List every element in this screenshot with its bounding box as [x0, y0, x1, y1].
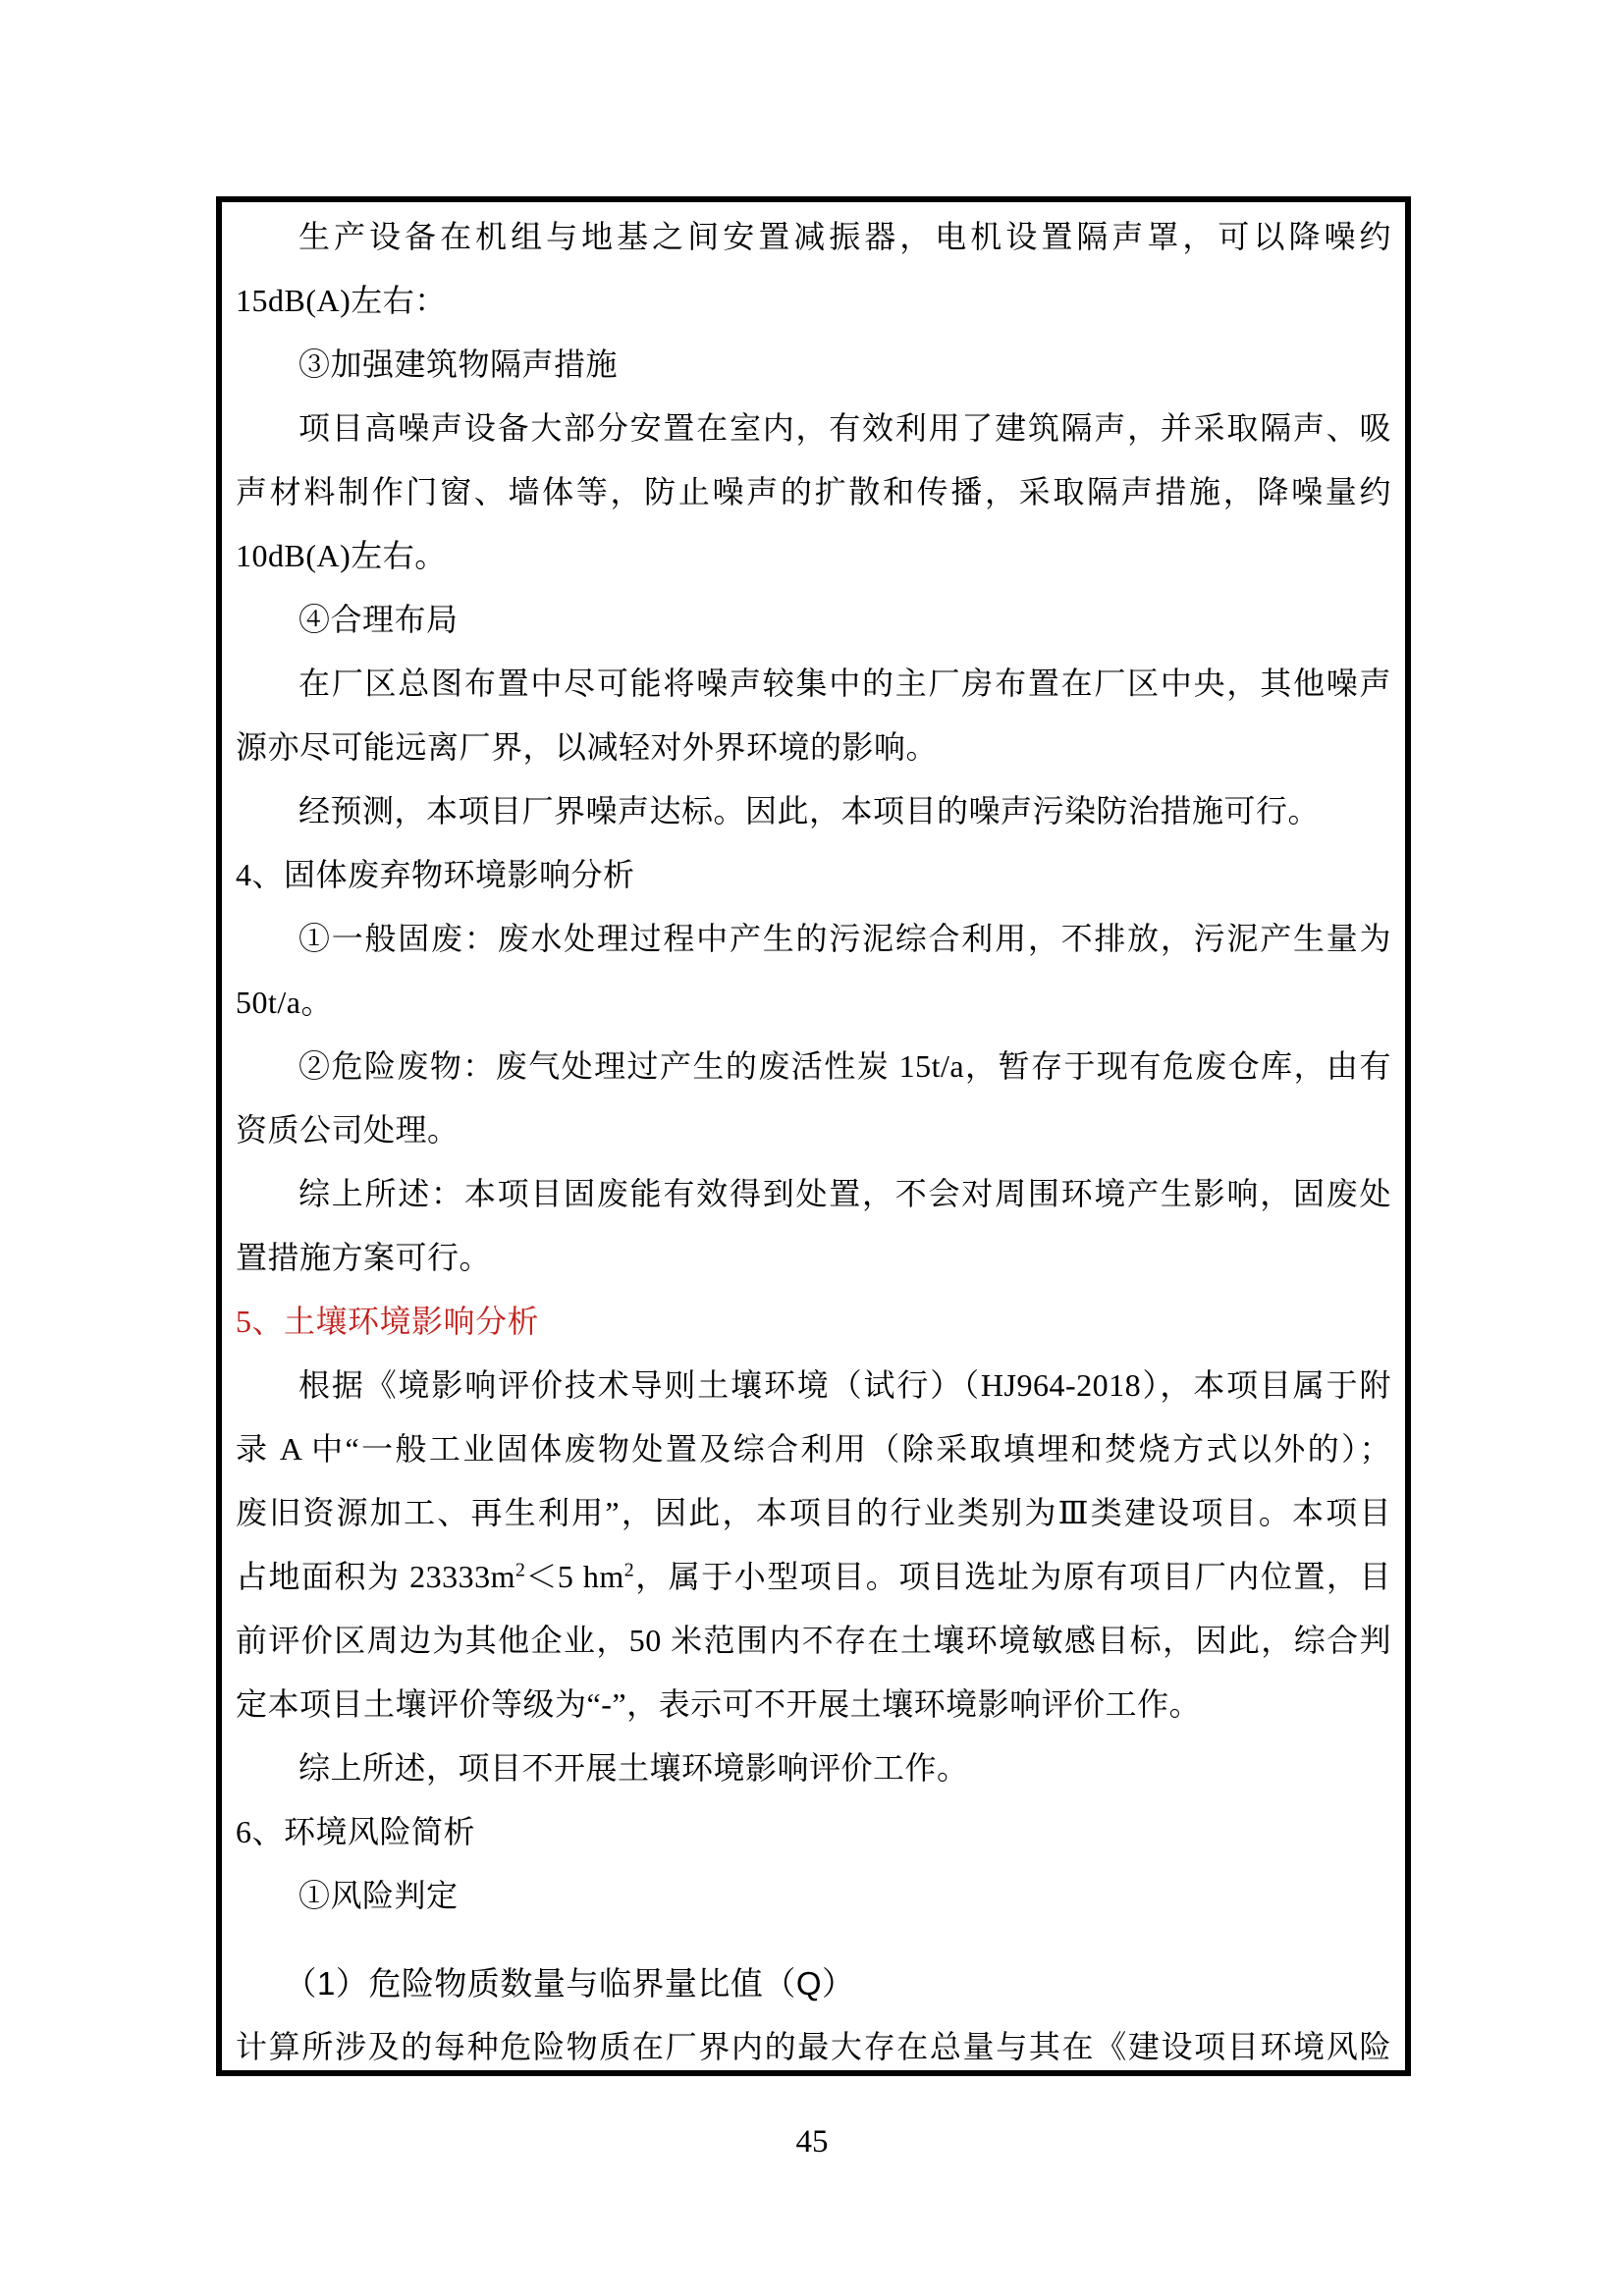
text-line: 资质公司处理。 [236, 1098, 1391, 1162]
text-segment: ①风险判定 [298, 1878, 459, 1913]
text-line: 6、环境风险简析 [236, 1800, 1391, 1864]
text-segment: 资质公司处理。 [236, 1112, 460, 1148]
text-segment: 10dB(A)左右。 [236, 538, 447, 573]
superscript: 2 [515, 1559, 525, 1580]
text-line: 计算所涉及的每种危险物质在厂界内的最大存在总量与其在《建设项目环境风险 [236, 2015, 1391, 2079]
text-segment: ④合理布局 [298, 602, 459, 637]
text-line: 项目高噪声设备大部分安置在室内，有效利用了建筑隔声，并采取隔声、吸 [236, 397, 1391, 460]
text-segment: 源亦尽可能远离厂界，以减轻对外界环境的影响。 [236, 729, 938, 765]
text-line: 置措施方案可行。 [236, 1226, 1391, 1290]
text-line: 综上所述，项目不开展土壤环境影响评价工作。 [236, 1736, 1391, 1800]
text-line: 在厂区总图布置中尽可能将噪声较集中的主厂房布置在厂区中央，其他噪声 [236, 652, 1391, 716]
text-segment: 计算所涉及的每种危险物质在厂界内的最大存在总量与其在《建设项目环境风险 [236, 2029, 1391, 2064]
superscript: 2 [624, 1559, 634, 1580]
text-line: 占地面积为 23333m2＜5 hm2，属于小型项目。项目选址为原有项目厂内位置… [236, 1545, 1391, 1609]
text-segment: 录 A 中“一般工业固体废物处置及综合利用（除采取填埋和焚烧方式以外的）； [236, 1431, 1391, 1467]
text-line: ②危险废物：废气处理过产生的废活性炭 15t/a，暂存于现有危废仓库，由有 [236, 1035, 1391, 1098]
text-segment: 综上所述，项目不开展土壤环境影响评价工作。 [298, 1750, 969, 1786]
text-segment: 项目高噪声设备大部分安置在室内，有效利用了建筑隔声，并采取隔声、吸 [298, 410, 1391, 446]
text-line: 50t/a。 [236, 971, 1391, 1035]
text-line: ①风险判定 [236, 1864, 1391, 1928]
text-line: 废旧资源加工、再生利用”，因此，本项目的行业类别为Ⅲ类建设项目。本项目 [236, 1481, 1391, 1545]
text-line: 10dB(A)左右。 [236, 524, 1391, 588]
text-lines: 生产设备在机组与地基之间安置减振器，电机设置隔声罩，可以降噪约15dB(A)左右… [222, 202, 1405, 2079]
page-number: 45 [0, 2120, 1624, 2163]
text-segment: 50t/a。 [236, 985, 333, 1020]
text-line: 源亦尽可能远离厂界，以减轻对外界环境的影响。 [236, 716, 1391, 779]
text-segment: （1）危险物质数量与临界量比值（Q） [285, 1965, 855, 2002]
text-segment: ，属于小型项目。项目选址为原有项目厂内位置，目 [634, 1559, 1391, 1594]
document-page: 生产设备在机组与地基之间安置减振器，电机设置隔声罩，可以降噪约15dB(A)左右… [0, 0, 1624, 2296]
text-segment: 生产设备在机组与地基之间安置减振器，电机设置隔声罩，可以降噪约 [298, 219, 1391, 254]
text-line: 经预测，本项目厂界噪声达标。因此，本项目的噪声污染防治措施可行。 [236, 779, 1391, 843]
text-line: 声材料制作门窗、墙体等，防止噪声的扩散和传播，采取隔声措施，降噪量约 [236, 460, 1391, 524]
text-segment: ①一般固废：废水处理过程中产生的污泥综合利用，不排放，污泥产生量为 [298, 921, 1391, 956]
text-line: （1）危险物质数量与临界量比值（Q） [236, 1951, 1391, 2015]
text-segment: 综上所述：本项目固废能有效得到处置，不会对周围环境产生影响，固废处 [298, 1176, 1391, 1211]
text-line: 前评价区周边为其他企业，50 米范围内不存在土壤环境敏感目标，因此，综合判 [236, 1609, 1391, 1673]
text-segment: 6、环境风险简析 [236, 1814, 475, 1849]
text-line: 4、固体废弃物环境影响分析 [236, 843, 1391, 907]
text-segment: 经预测，本项目厂界噪声达标。因此，本项目的噪声污染防治措施可行。 [298, 793, 1320, 828]
text-segment: ③加强建筑物隔声措施 [298, 347, 618, 382]
text-line: 定本项目土壤评价等级为“-”，表示可不开展土壤环境影响评价工作。 [236, 1673, 1391, 1736]
text-segment: ②危险废物：废气处理过产生的废活性炭 15t/a，暂存于现有危废仓库，由有 [298, 1048, 1391, 1084]
text-segment: ＜5 hm [525, 1559, 623, 1594]
text-segment: 在厂区总图布置中尽可能将噪声较集中的主厂房布置在厂区中央，其他噪声 [298, 666, 1391, 701]
text-segment: 前评价区周边为其他企业，50 米范围内不存在土壤环境敏感目标，因此，综合判 [236, 1623, 1391, 1658]
text-segment: 4、固体废弃物环境影响分析 [236, 857, 635, 892]
text-segment: 置措施方案可行。 [236, 1240, 491, 1275]
text-line: 5、土壤环境影响分析 [236, 1290, 1391, 1354]
text-line: 生产设备在机组与地基之间安置减振器，电机设置隔声罩，可以降噪约 [236, 205, 1391, 269]
text-line: 录 A 中“一般工业固体废物处置及综合利用（除采取填埋和焚烧方式以外的）； [236, 1417, 1391, 1481]
text-line: ①一般固废：废水处理过程中产生的污泥综合利用，不排放，污泥产生量为 [236, 907, 1391, 971]
text-line: ④合理布局 [236, 588, 1391, 652]
text-line: 根据《境影响评价技术导则土壤环境（试行）（HJ964-2018），本项目属于附 [236, 1354, 1391, 1417]
text-segment: 废旧资源加工、再生利用”，因此，本项目的行业类别为Ⅲ类建设项目。本项目 [236, 1495, 1391, 1530]
text-line: ③加强建筑物隔声措施 [236, 333, 1391, 397]
text-segment: 声材料制作门窗、墙体等，防止噪声的扩散和传播，采取隔声措施，降噪量约 [236, 474, 1391, 509]
text-line: 综上所述：本项目固废能有效得到处置，不会对周围环境产生影响，固废处 [236, 1162, 1391, 1226]
text-segment: 15dB(A)左右： [236, 283, 447, 318]
text-line: 15dB(A)左右： [236, 269, 1391, 333]
content-border-box: 生产设备在机组与地基之间安置减振器，电机设置隔声罩，可以降噪约15dB(A)左右… [216, 196, 1411, 2076]
text-segment: 根据《境影响评价技术导则土壤环境（试行）（HJ964-2018），本项目属于附 [298, 1367, 1391, 1403]
text-segment: 5、土壤环境影响分析 [236, 1304, 539, 1339]
text-segment: 定本项目土壤评价等级为“-”，表示可不开展土壤环境影响评价工作。 [236, 1686, 1201, 1722]
text-segment: 占地面积为 23333m [236, 1559, 515, 1594]
